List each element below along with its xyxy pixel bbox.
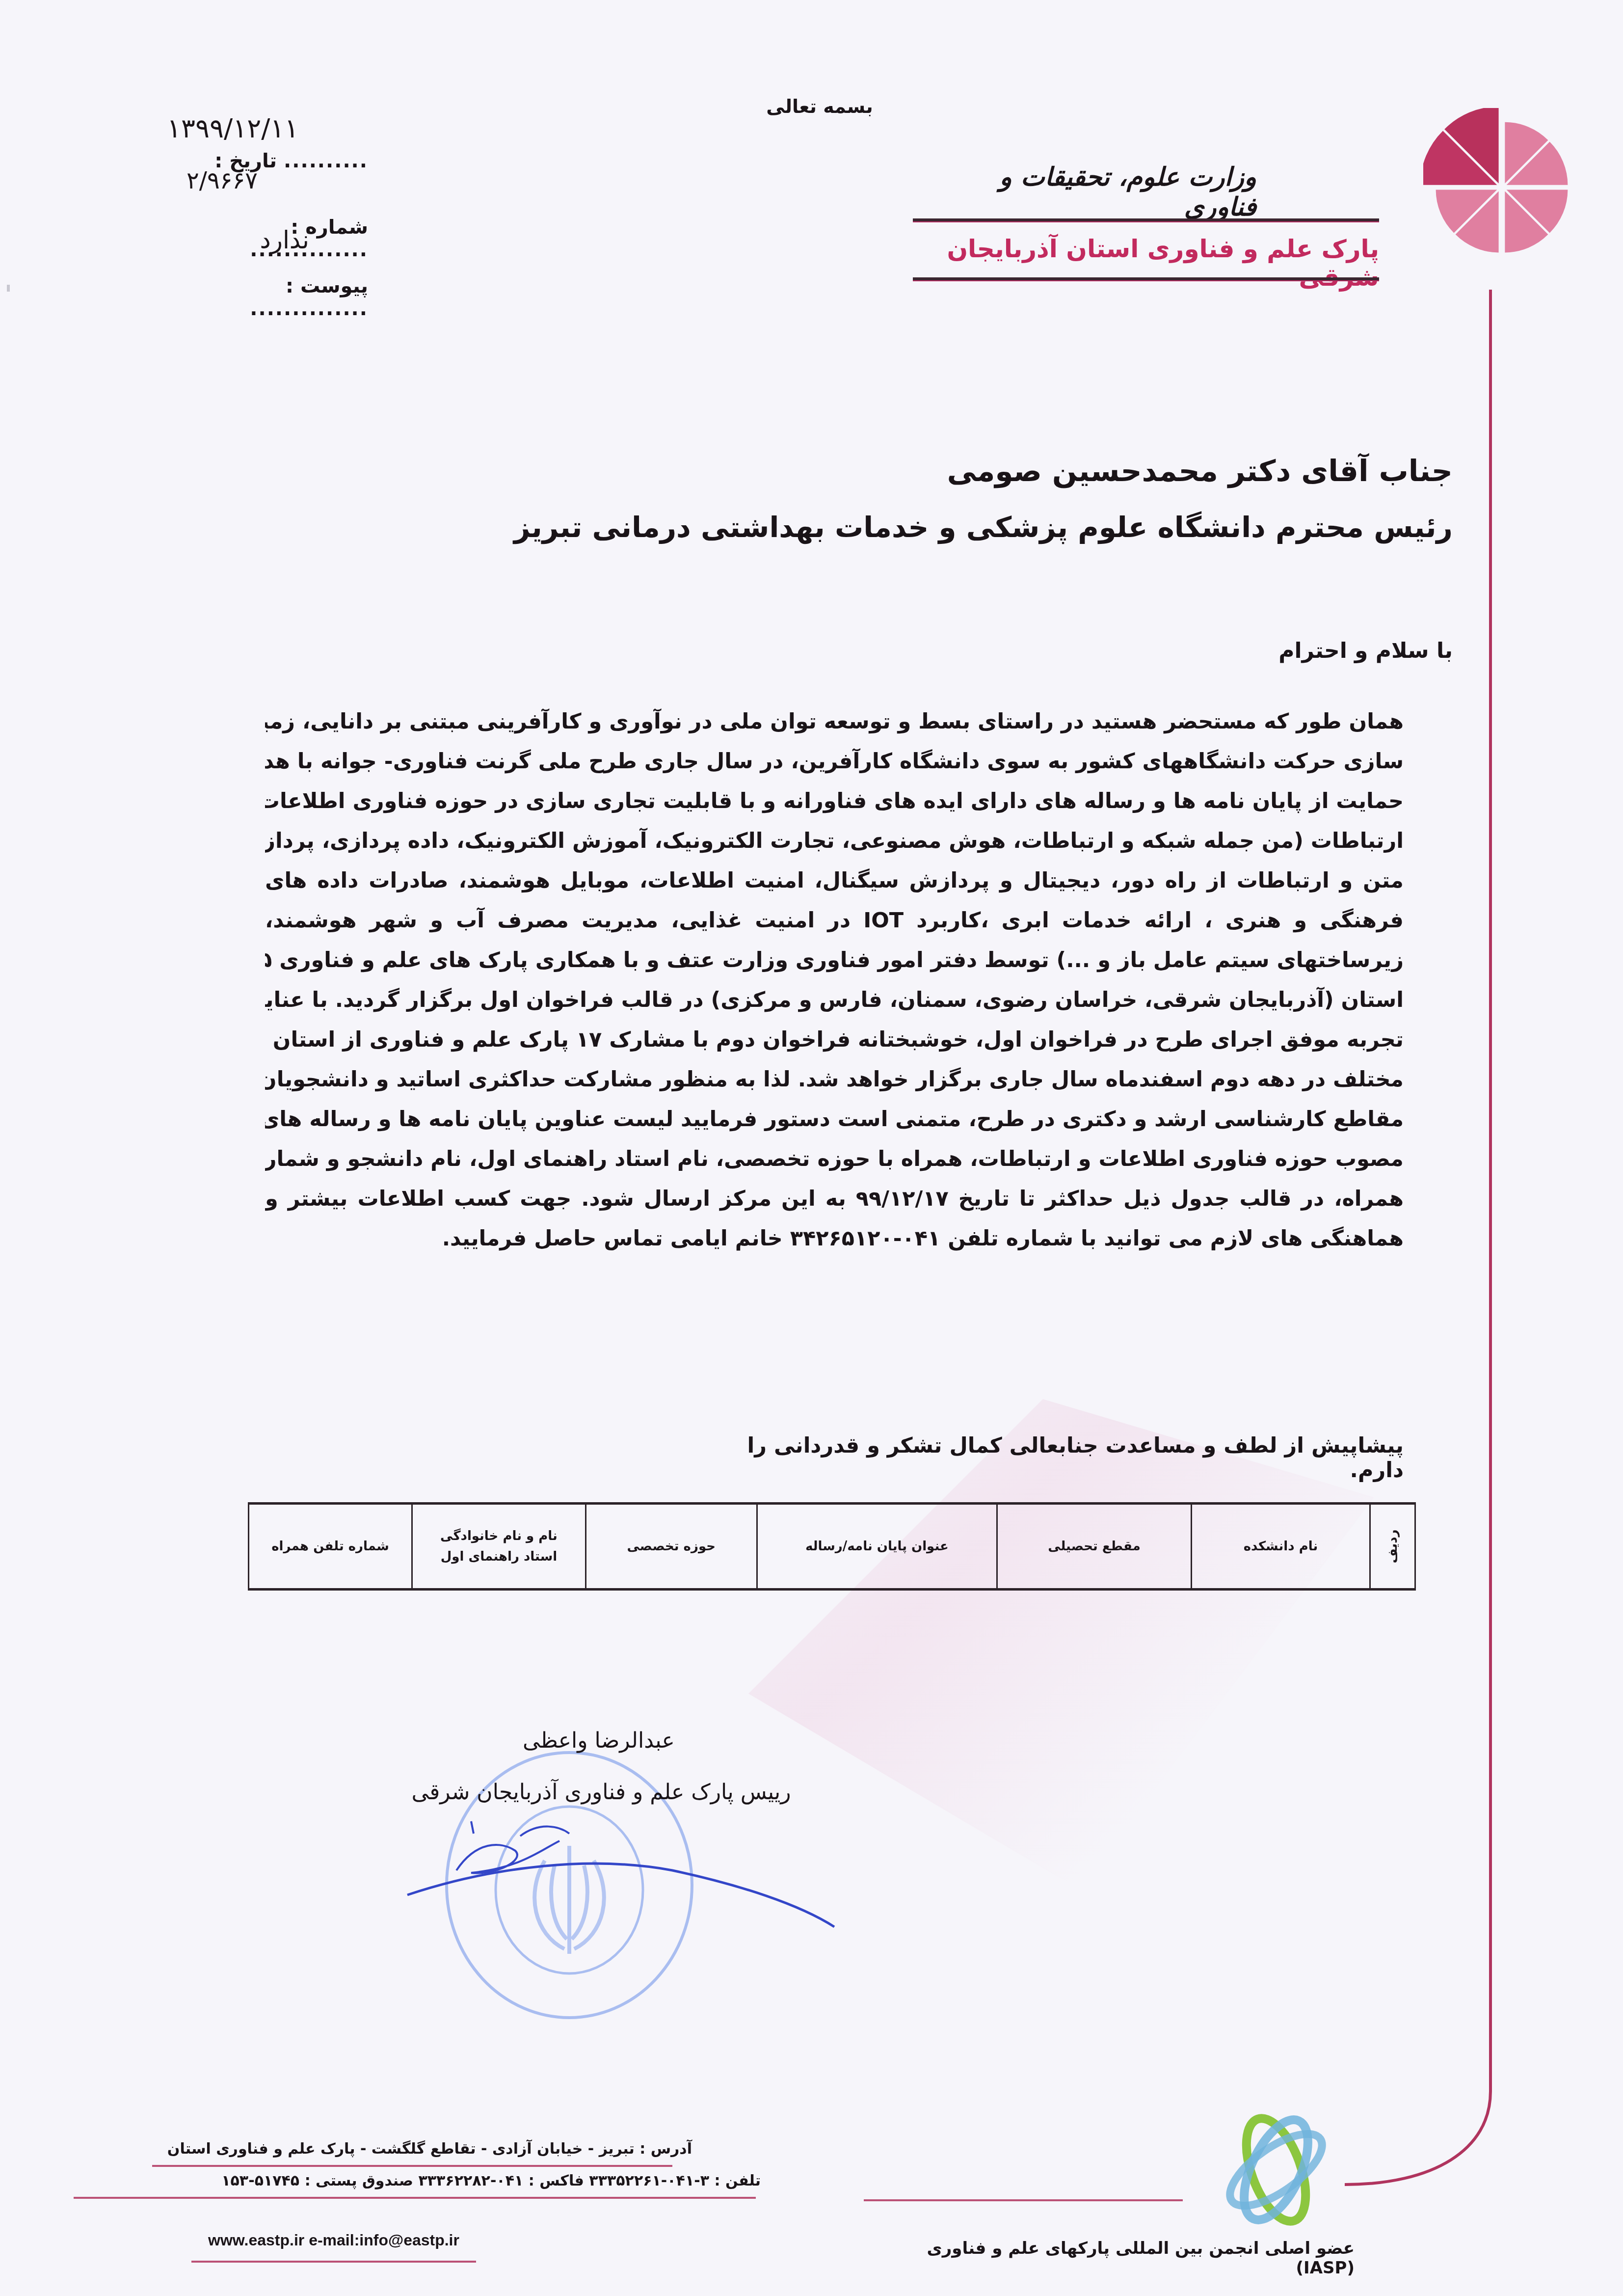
date-value: ۱۳۹۹/۱۲/۱۱: [167, 113, 378, 144]
body-line: متن و ارتباطات از راه دور، دیجیتال و پرد…: [265, 861, 1404, 901]
signatory-title: رییس پارک علم و فناوری آذربایجان شرقی: [344, 1780, 859, 1805]
body-line: تجربه موفق اجرای طرح در فراخوان اول، خوش…: [265, 1020, 1404, 1060]
table-header-row: ردیف نام دانشکده مقطع تحصیلی عنوان پایان…: [249, 1504, 1415, 1590]
body-line: زیرساختهای سیتم عامل باز و ...) توسط دفت…: [265, 941, 1404, 980]
col-mobile: شماره تلفن همراه: [249, 1504, 412, 1590]
signatory-name: عبدالرضا واعظی: [491, 1728, 707, 1753]
body-line: مصوب حوزه فناوری اطلاعات و ارتباطات، همر…: [265, 1139, 1404, 1179]
number-handwritten: ندارد: [211, 226, 309, 254]
body-line: همان طور که مستحضر هستید در راستای بسط و…: [265, 702, 1404, 742]
body-line: هماهنگی های لازم می توانید با شماره تلفن…: [265, 1219, 1404, 1259]
attachment-field: پیوست : ..............: [191, 275, 368, 320]
footer-address: آدرس : تبریز - خیابان آزادی - تقاطع گلگش…: [152, 2140, 692, 2158]
scan-mark: [7, 285, 10, 292]
ministry-title: وزارت علوم، تحقیقات و فناوری: [982, 162, 1256, 222]
footer-contact-numbers: تلفن : ۳-۰۴۱-۳۳۳۵۲۲۶۱ فاکس : ۰۴۱-۳۳۳۶۲۲۸…: [74, 2172, 761, 2189]
border-vertical-line: [1489, 290, 1492, 2091]
col-row-number: ردیف: [1370, 1504, 1415, 1590]
body-line: همراه، در قالب جدول ذیل حداکثر تا تاریخ …: [265, 1179, 1404, 1219]
footer-web-email[interactable]: www.eastp.ir e-mail:info@eastp.ir: [186, 2231, 481, 2249]
footer-divider: [191, 2261, 476, 2263]
col-specialty: حوزه تخصصی: [585, 1504, 757, 1590]
letter-body: همان طور که مستحضر هستید در راستای بسط و…: [265, 702, 1404, 1259]
addressee-name: جناب آقای دکتر محمدحسین صومی: [736, 454, 1453, 488]
footer-divider: [152, 2165, 672, 2167]
body-line: فرهنگی و هنری ، ارائه خدمات ابری ،کاربرد…: [265, 901, 1404, 941]
closing-remark: پیشاپیش از لطف و مساعدت جنابعالی کمال تش…: [697, 1433, 1404, 1483]
addressee-title: رئیس محترم دانشگاه علوم پزشکی و خدمات به…: [491, 511, 1453, 544]
footer-divider: [74, 2197, 756, 2199]
header-divider-bottom: [913, 277, 1379, 281]
header-divider-top: [913, 218, 1379, 222]
letter-number-value: ۲/۹۶۶۷: [186, 167, 304, 194]
col-faculty: نام دانشکده: [1191, 1504, 1370, 1590]
handwritten-signature: [398, 1811, 839, 1929]
col-advisor: نام و نام خانوادگی استاد راهنمای اول: [412, 1504, 586, 1590]
attachment-label: پیوست :: [286, 275, 368, 297]
footer-divider: [864, 2199, 1183, 2201]
bismillah-heading: بسمه تعالی: [746, 96, 893, 117]
iasp-logo-icon: [1217, 2111, 1335, 2229]
iasp-membership: عضو اصلی انجمن بین المللی پارکهای علم و …: [864, 2239, 1355, 2278]
advisor-header-line2: استاد راهنمای اول: [417, 1546, 581, 1567]
border-curve: [1345, 2018, 1492, 2187]
greeting: با سلام و احترام: [1129, 638, 1453, 663]
body-line: استان (آذربایجان شرقی، خراسان رضوی، سمنا…: [265, 980, 1404, 1020]
attachment-dots: ..............: [250, 297, 368, 320]
col-degree: مقطع تحصیلی: [997, 1504, 1192, 1590]
body-line: ارتباطات (من جمله شبکه و ارتباطات، هوش م…: [265, 821, 1404, 861]
col-thesis-title: عنوان پایان نامه/رساله: [757, 1504, 997, 1590]
advisor-header-line1: نام و نام خانوادگی: [417, 1526, 581, 1546]
body-line: حمایت از پایان نامه ها و رساله های دارای…: [265, 782, 1404, 821]
body-line: مختلف در دهه دوم اسفندماه سال جاری برگزا…: [265, 1060, 1404, 1100]
body-line: سازی حرکت دانشگاههای کشور به سوی دانشگاه…: [265, 742, 1404, 782]
body-line: مقاطع کارشناسی ارشد و دکتری در طرح، متمن…: [265, 1100, 1404, 1139]
park-logo-icon: [1423, 108, 1580, 265]
submission-table: ردیف نام دانشکده مقطع تحصیلی عنوان پایان…: [248, 1502, 1416, 1591]
organization-title: پارک علم و فناوری استان آذربایجان شرقی: [913, 235, 1379, 292]
